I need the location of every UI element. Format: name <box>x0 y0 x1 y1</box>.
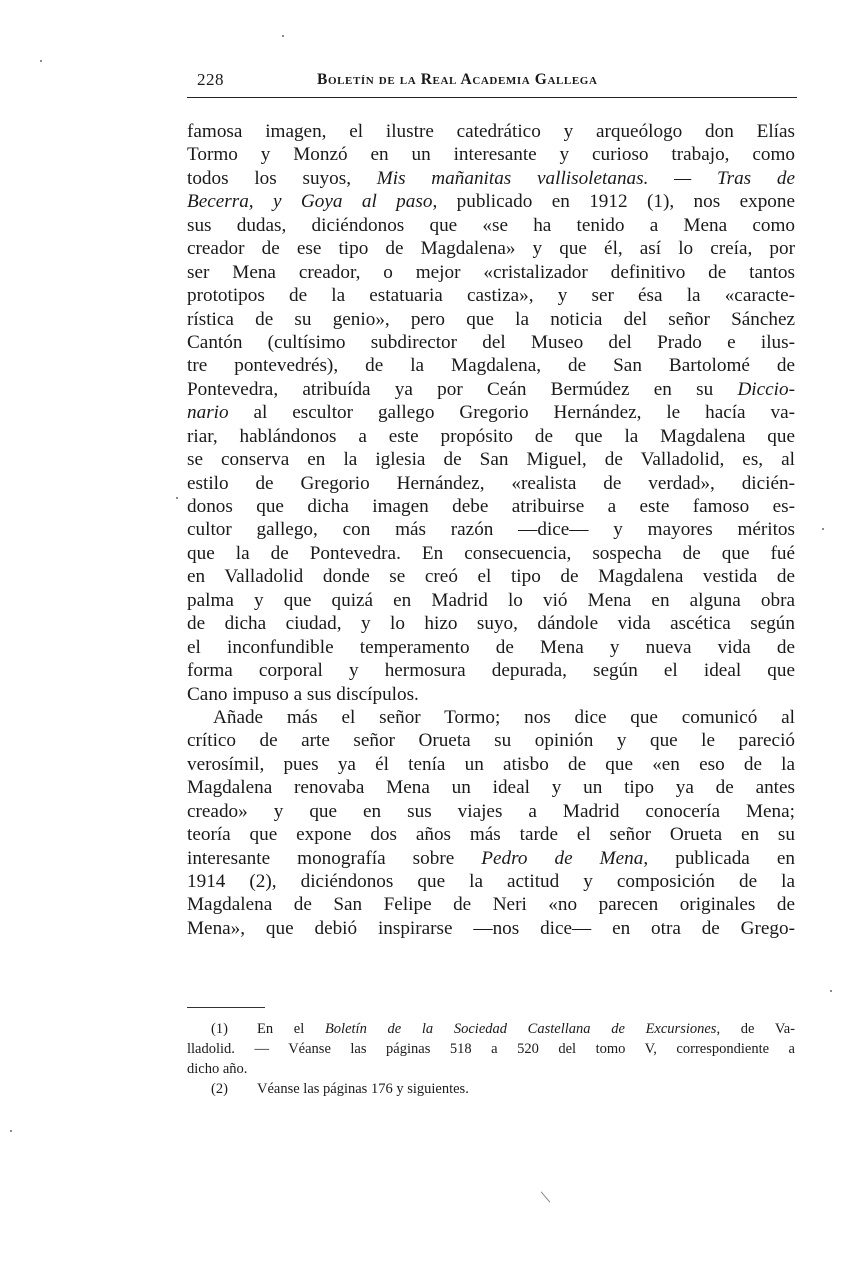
footnote-line: (1)En el Boletín de la Sociedad Castella… <box>187 1019 795 1039</box>
italic-text: Diccio- <box>737 379 795 400</box>
text-run: Cano impuso a sus discípulos. <box>187 684 419 705</box>
body-line: Becerra, y Goya al paso, publicado en 19… <box>187 190 795 213</box>
text-run: interesante monografía sobre <box>187 848 481 869</box>
body-line: nario al escultor gallego Gregorio Herná… <box>187 401 795 424</box>
page-number: 228 <box>197 70 224 90</box>
footnote-line: dicho año. <box>187 1059 795 1079</box>
text-run: crítico de arte señor Orueta su opinión … <box>187 730 795 751</box>
body-line: Tormo y Monzó en un interesante y curios… <box>187 143 795 166</box>
body-line: que la de Pontevedra. En consecuencia, s… <box>187 542 795 565</box>
text-run: que la de Pontevedra. En consecuencia, s… <box>187 543 795 564</box>
body-line: el inconfundible temperamento de Mena y … <box>187 636 795 659</box>
body-line: donos que dicha imagen debe atribuirse a… <box>187 495 795 518</box>
italic-text: Mis mañanitas vallisoletanas. — Tras de <box>377 168 795 189</box>
body-line: verosímil, pues ya él tenía un atisbo de… <box>187 753 795 776</box>
body-line: Cano impuso a sus discípulos. <box>187 683 795 706</box>
text-run: sus dudas, diciéndonos que «se ha tenido… <box>187 215 795 236</box>
text-run: de dicha ciudad, y lo hizo suyo, dándole… <box>187 613 795 634</box>
text-run: En el <box>257 1021 325 1037</box>
scan-speck <box>822 528 824 530</box>
text-run: creado» y que en sus viajes a Madrid con… <box>187 801 795 822</box>
text-run: tre pontevedrés), de la Magdalena, de Sa… <box>187 355 795 376</box>
body-line: estilo de Gregorio Hernández, «realista … <box>187 472 795 495</box>
text-run: Tormo y Monzó en un interesante y curios… <box>187 144 795 165</box>
running-title: Boletín de la Real Academia Gallega <box>317 71 598 89</box>
body-line: prototipos de la estatuaria castiza», y … <box>187 284 795 307</box>
text-run: palma y que quizá en Madrid lo vió Mena … <box>187 590 795 611</box>
italic-text: Becerra, y Goya al paso <box>187 191 432 212</box>
text-run: rística de su genio», pero que la notici… <box>187 309 795 330</box>
body-line: Cantón (cultísimo subdirector del Museo … <box>187 331 795 354</box>
body-line: creador de ese tipo de Magdalena» y que … <box>187 237 795 260</box>
body-line: se conserva en la iglesia de San Miguel,… <box>187 448 795 471</box>
text-run: al escultor gallego Gregorio Hernández, … <box>229 402 795 423</box>
header-rule <box>187 97 797 98</box>
text-run: riar, hablándonos a este propósito de qu… <box>187 426 795 447</box>
text-run: lladolid. — Véanse las páginas 518 a 520… <box>187 1041 795 1057</box>
page-header: 228 Boletín de la Real Academia Gallega <box>187 70 797 92</box>
text-run: en Valladolid donde se creó el tipo de M… <box>187 566 795 587</box>
footnote-line: lladolid. — Véanse las páginas 518 a 520… <box>187 1039 795 1059</box>
body-line: crítico de arte señor Orueta su opinión … <box>187 729 795 752</box>
body-line: Magdalena renovaba Mena un ideal y un ti… <box>187 776 795 799</box>
body-line: Magdalena de San Felipe de Neri «no pare… <box>187 893 795 916</box>
body-line: de dicha ciudad, y lo hizo suyo, dándole… <box>187 612 795 635</box>
body-line: tre pontevedrés), de la Magdalena, de Sa… <box>187 354 795 377</box>
scan-speck <box>282 35 284 37</box>
body-line: en Valladolid donde se creó el tipo de M… <box>187 565 795 588</box>
text-run: cultor gallego, con más razón —dice— y m… <box>187 519 795 540</box>
body-line: Pontevedra, atribuída ya por Ceán Bermúd… <box>187 378 795 401</box>
text-run: ser Mena creador, o mejor «cristalizador… <box>187 262 795 283</box>
body-line: sus dudas, diciéndonos que «se ha tenido… <box>187 214 795 237</box>
scan-speck <box>541 1191 551 1202</box>
text-run: famosa imagen, el ilustre catedrático y … <box>187 121 795 142</box>
text-run: Mena», que debió inspirarse —nos dice— e… <box>187 918 795 939</box>
scan-speck <box>40 60 42 62</box>
text-run: , publicada en <box>643 848 795 869</box>
text-run: 1914 (2), diciéndonos que la actitud y c… <box>187 871 795 892</box>
body-line: famosa imagen, el ilustre catedrático y … <box>187 120 795 143</box>
text-run: , publicado en 1912 (1), nos expone <box>432 191 795 212</box>
italic-text: nario <box>187 402 229 423</box>
text-run: Magdalena renovaba Mena un ideal y un ti… <box>187 777 795 798</box>
body-line: rística de su genio», pero que la notici… <box>187 308 795 331</box>
text-run: Véanse las páginas 176 y siguientes. <box>257 1081 469 1097</box>
text-run: Cantón (cultísimo subdirector del Museo … <box>187 332 795 353</box>
italic-text: Boletín de la Sociedad Castellana de Exc… <box>325 1021 717 1037</box>
text-run: forma corporal y hermosura depurada, seg… <box>187 660 795 681</box>
body-text: famosa imagen, el ilustre catedrático y … <box>187 120 795 940</box>
text-run: verosímil, pues ya él tenía un atisbo de… <box>187 754 795 775</box>
body-line: Mena», que debió inspirarse —nos dice— e… <box>187 917 795 940</box>
body-line: interesante monografía sobre Pedro de Me… <box>187 847 795 870</box>
text-run: creador de ese tipo de Magdalena» y que … <box>187 238 795 259</box>
body-line: Añade más el señor Tormo; nos dice que c… <box>187 706 795 729</box>
text-run: teoría que expone dos años más tarde el … <box>187 824 795 845</box>
text-run: Añade más el señor Tormo; nos dice que c… <box>213 707 795 728</box>
body-line: palma y que quizá en Madrid lo vió Mena … <box>187 589 795 612</box>
footnotes: (1)En el Boletín de la Sociedad Castella… <box>187 1019 795 1099</box>
body-line: teoría que expone dos años más tarde el … <box>187 823 795 846</box>
scan-speck <box>10 1130 12 1132</box>
text-run: estilo de Gregorio Hernández, «realista … <box>187 473 795 494</box>
body-line: cultor gallego, con más razón —dice— y m… <box>187 518 795 541</box>
text-run: Magdalena de San Felipe de Neri «no pare… <box>187 894 795 915</box>
italic-text: Pedro de Mena <box>481 848 643 869</box>
text-run: todos los suyos, <box>187 168 377 189</box>
body-line: riar, hablándonos a este propósito de qu… <box>187 425 795 448</box>
text-run: el inconfundible temperamento de Mena y … <box>187 637 795 658</box>
text-run: dicho año. <box>187 1061 247 1077</box>
scan-speck <box>176 497 178 499</box>
text-run: prototipos de la estatuaria castiza», y … <box>187 285 795 306</box>
body-line: todos los suyos, Mis mañanitas vallisole… <box>187 167 795 190</box>
text-run: donos que dicha imagen debe atribuirse a… <box>187 496 795 517</box>
body-line: creado» y que en sus viajes a Madrid con… <box>187 800 795 823</box>
footnote-marker: (2) <box>211 1079 257 1099</box>
body-line: forma corporal y hermosura depurada, seg… <box>187 659 795 682</box>
scan-speck <box>830 990 832 992</box>
footnote-rule <box>187 1007 265 1008</box>
footnote-marker: (1) <box>211 1019 257 1039</box>
text-run: Pontevedra, atribuída ya por Ceán Bermúd… <box>187 379 737 400</box>
body-line: ser Mena creador, o mejor «cristalizador… <box>187 261 795 284</box>
text-run: , de Va- <box>716 1021 795 1037</box>
body-line: 1914 (2), diciéndonos que la actitud y c… <box>187 870 795 893</box>
text-run: se conserva en la iglesia de San Miguel,… <box>187 449 795 470</box>
footnote-line: (2)Véanse las páginas 176 y siguientes. <box>187 1079 795 1099</box>
